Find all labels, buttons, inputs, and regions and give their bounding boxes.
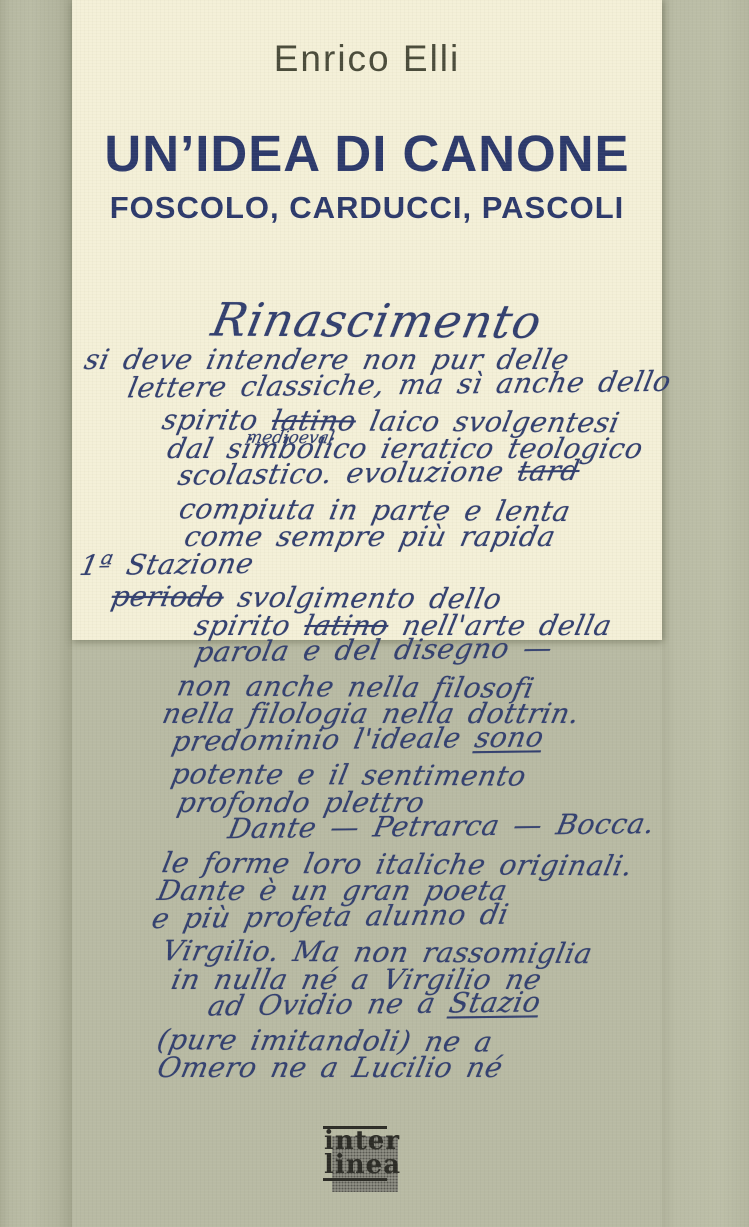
- book-title: UN’IDEA DI CANONE: [72, 128, 662, 179]
- manuscript-line: 1ª Stazione: [0, 542, 749, 581]
- manuscript-line: Omero ne a Lucilio né: [0, 1053, 749, 1083]
- publisher-logo: inter linea: [323, 1125, 401, 1195]
- publisher-name-line2: linea: [324, 1154, 401, 1178]
- publisher-name: inter linea: [324, 1130, 401, 1177]
- manuscript-line: Rinascimento: [0, 291, 749, 350]
- title-block: Enrico Elli UN’IDEA DI CANONE FOSCOLO, C…: [72, 0, 662, 223]
- manuscript: Rinascimentosi deve intendere non pur de…: [0, 291, 749, 1083]
- logo-bottom-rule: [323, 1178, 387, 1181]
- book-subtitle: FOSCOLO, CARDUCCI, PASCOLI: [72, 192, 662, 223]
- author-name: Enrico Elli: [72, 40, 662, 77]
